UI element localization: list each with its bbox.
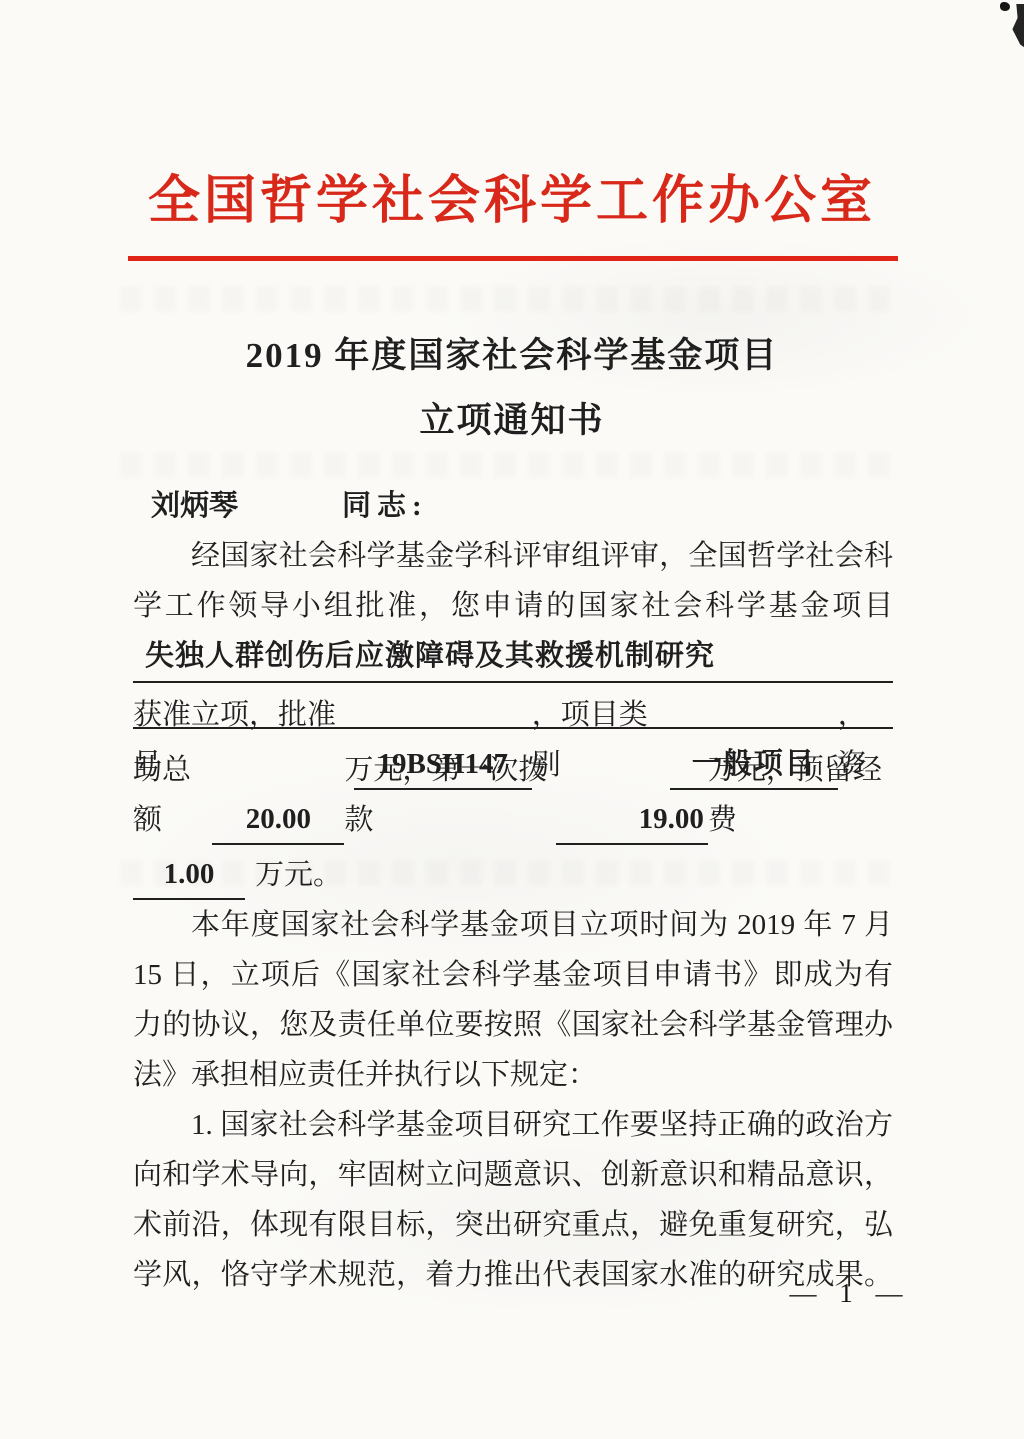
rules-line: 术前沿，体现有限目标，突出研究重点，避免重复研究，弘扬优良 [133,1200,893,1250]
terms-line: 本年度国家社会科学基金项目立项时间为 2019 年 7 月 [133,900,893,950]
document-page: 全国哲学社会科学工作办公室 2019 年度国家社会科学基金项目 立项通知书 刘炳… [0,0,1024,1439]
intro-line: 经国家社会科学基金学科评审组评审，全国哲学社会科 [133,531,893,581]
project-title-field: 失独人群创伤后应激障碍及其救援机制研究 [133,631,893,683]
scan-bleedthrough [120,452,900,478]
notice-title-line2: 立项通知书 [0,393,1024,443]
approval-text: 万元，预留经费 [708,745,893,845]
rules-line: 1. 国家社会科学基金项目研究工作要坚持正确的政治方 [133,1100,893,1150]
project-title-text: 失独人群创伤后应激障碍及其救援机制研究 [145,640,715,672]
scan-bleedthrough [120,286,900,312]
scan-corner-dot [1000,2,1010,11]
recipient-name: 刘炳琴 [151,481,238,531]
notice-title-line1: 2019 年度国家社会科学基金项目 [0,328,1024,378]
letterhead-title: 全国哲学社会科学工作办公室 [0,158,1024,233]
salutation-line: 刘炳琴 同志: [133,481,893,531]
rules-line: 向和学术导向，牢固树立问题意识、创新意识和精品意识，立足学 [133,1150,893,1200]
first-payment-field: 19.00 [556,795,708,845]
approval-text: 助总额 [133,745,212,845]
terms-line: 15 日，立项后《国家社会科学基金项目申请书》即成为有约束 [133,950,893,1000]
letter-body: 刘炳琴 同志: 经国家社会科学基金学科评审组评审，全国哲学社会科 学工作领导小组… [133,481,893,1300]
reserved-funding-field: 1.00 [133,850,245,900]
salutation-label: 同志: [342,481,428,531]
intro-line: 学工作领导小组批准，您申请的国家社会科学基金项目 [133,581,893,631]
total-funding-field: 20.00 [212,795,344,845]
approval-text: 万元，第一次拨款 [344,745,556,845]
page-number: — 1 — [700,1278,1000,1309]
terms-line: 力的协议，您及责任单位要按照《国家社会科学基金管理办 [133,1000,893,1050]
letterhead-divider [128,256,898,261]
approval-line2: 助总额 20.00 万元，第一次拨款 19.00 万元，预留经费 [133,790,893,845]
approval-text: 万元。 [255,850,342,900]
approval-line3: 1.00 万元。 [133,845,893,900]
terms-line: 法》承担相应责任并执行以下规定： [133,1050,893,1100]
